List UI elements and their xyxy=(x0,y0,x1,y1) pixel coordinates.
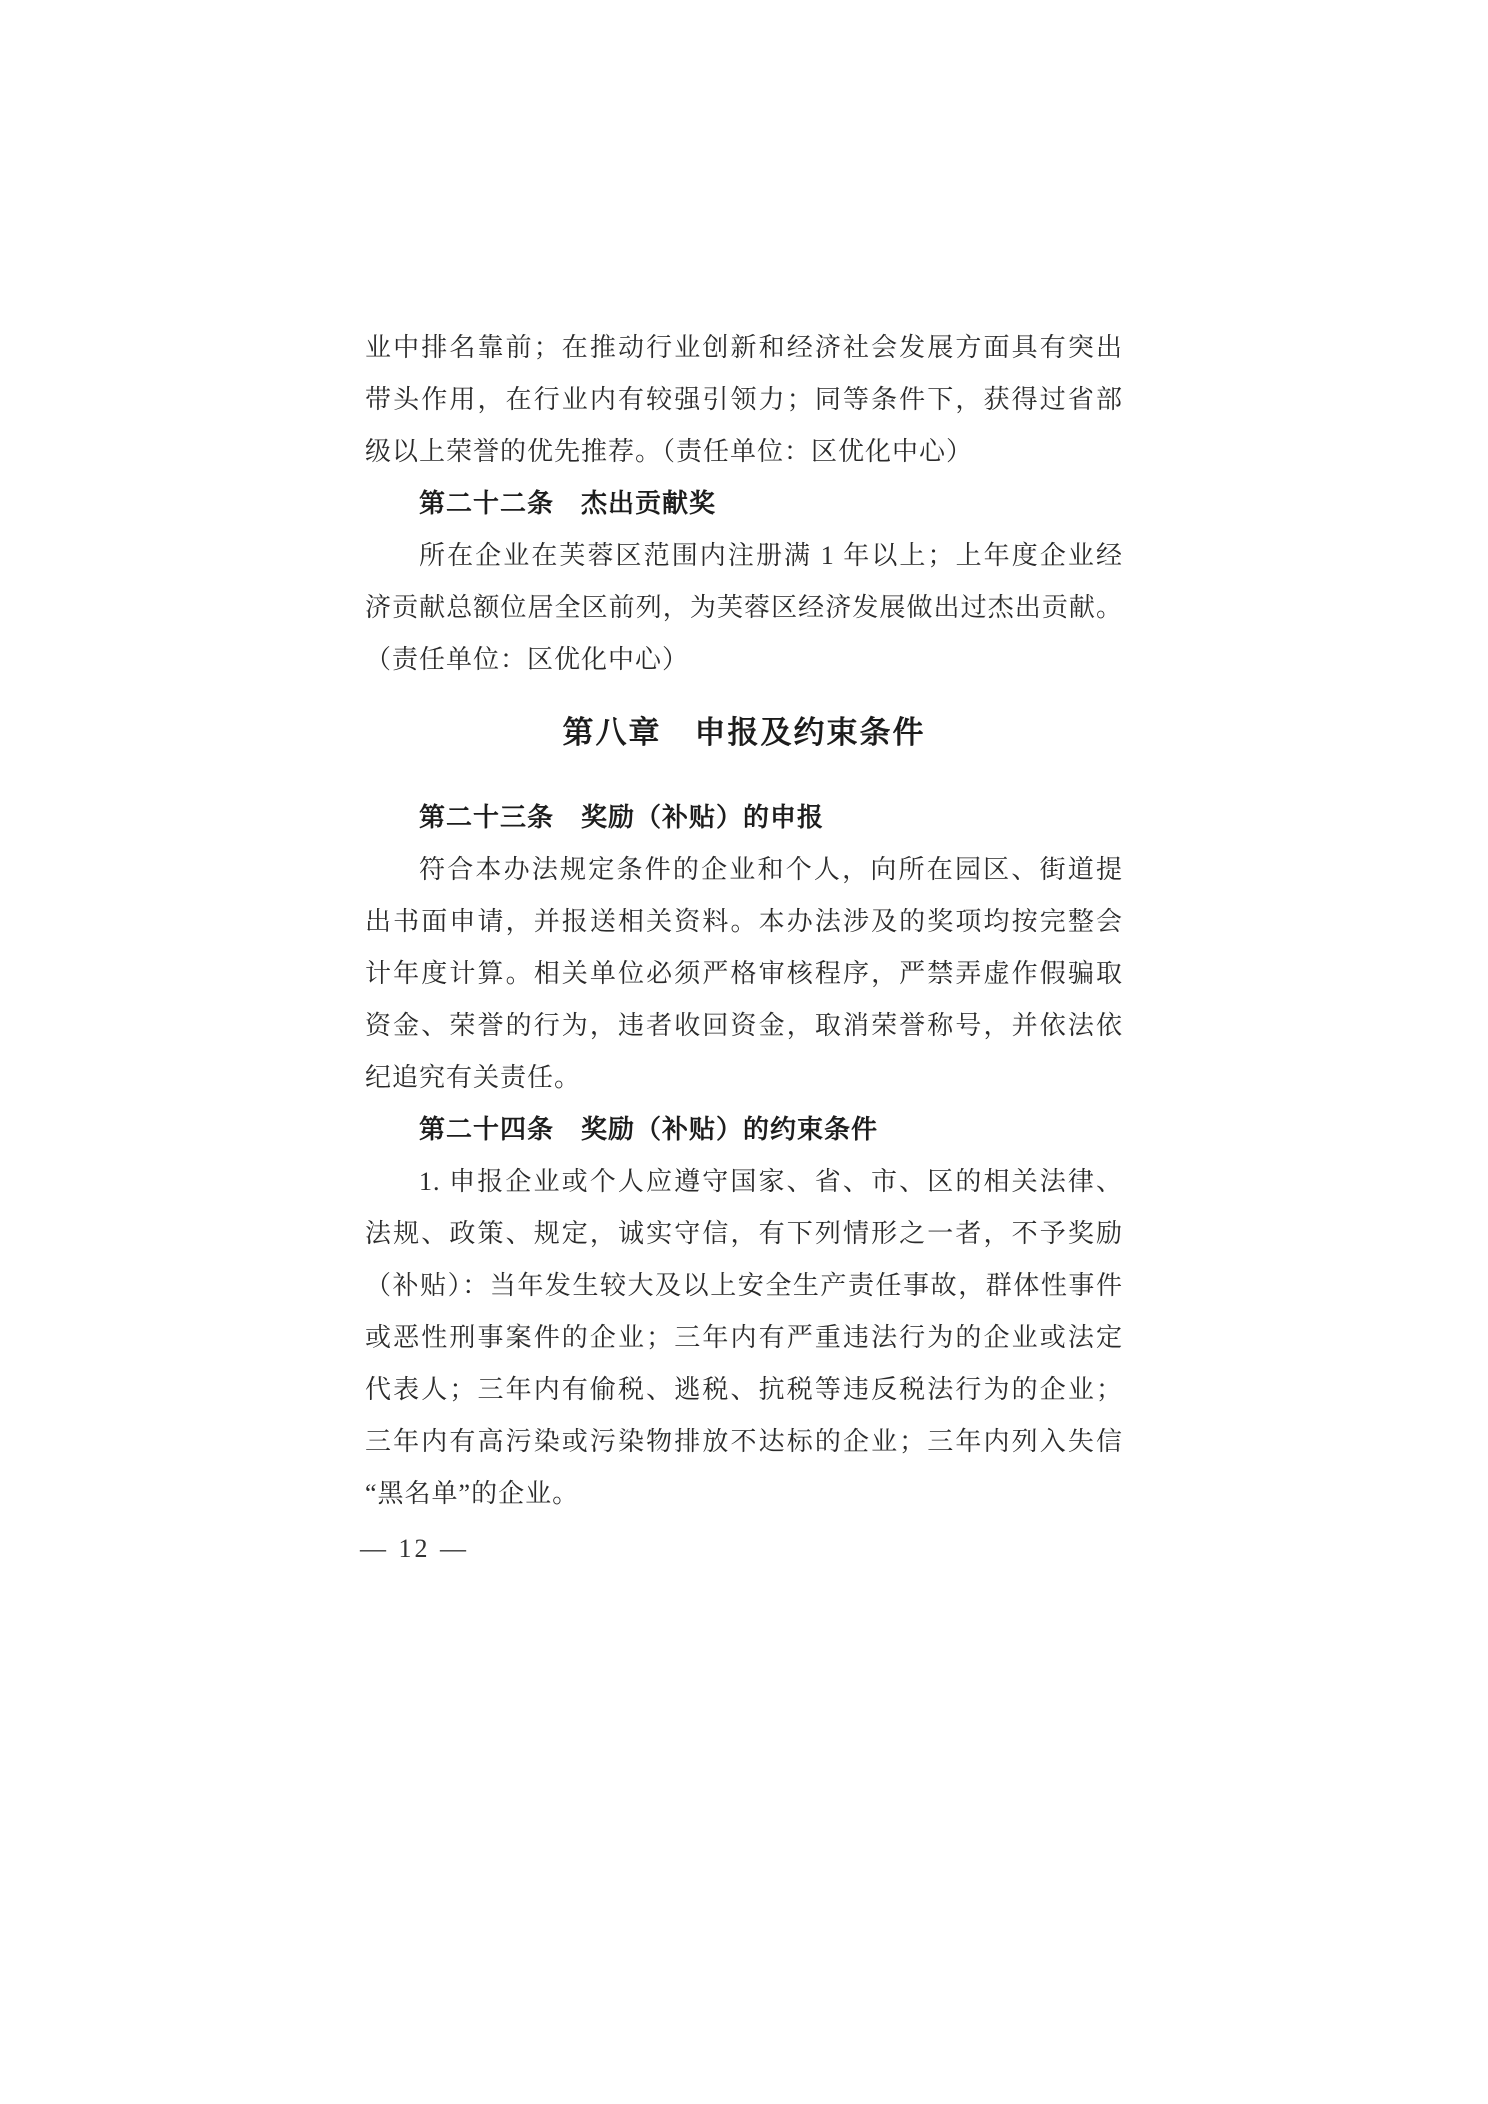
body-text-line: 所在企业在芙蓉区范围内注册满 1 年以上；上年度企业经 xyxy=(365,530,1123,582)
body-text-line: 纪追究有关责任。 xyxy=(365,1052,1123,1104)
body-text-line: 或恶性刑事案件的企业；三年内有严重违法行为的企业或法定 xyxy=(365,1312,1123,1364)
body-text-line: （责任单位：区优化中心） xyxy=(365,634,1123,686)
body-text-line: 符合本办法规定条件的企业和个人，向所在园区、街道提 xyxy=(365,844,1123,896)
body-text-line: 法规、政策、规定，诚实守信，有下列情形之一者，不予奖励 xyxy=(365,1208,1123,1260)
article-heading: 第二十二条 杰出贡献奖 xyxy=(365,478,1123,530)
body-text-line: 1. 申报企业或个人应遵守国家、省、市、区的相关法律、 xyxy=(365,1156,1123,1208)
body-text-line: 出书面申请，并报送相关资料。本办法涉及的奖项均按完整会 xyxy=(365,896,1123,948)
body-text-line: 代表人；三年内有偷税、逃税、抗税等违反税法行为的企业； xyxy=(365,1364,1123,1416)
document-body: 业中排名靠前；在推动行业创新和经济社会发展方面具有突出带头作用，在行业内有较强引… xyxy=(365,322,1123,1520)
body-text-line: 资金、荣誉的行为，违者收回资金，取消荣誉称号，并依法依 xyxy=(365,1000,1123,1052)
body-text-line: 计年度计算。相关单位必须严格审核程序，严禁弄虚作假骗取 xyxy=(365,948,1123,1000)
body-text-line: 三年内有高污染或污染物排放不达标的企业；三年内列入失信 xyxy=(365,1416,1123,1468)
document-page: 业中排名靠前；在推动行业创新和经济社会发展方面具有突出带头作用，在行业内有较强引… xyxy=(0,0,1488,2104)
body-text-line: 业中排名靠前；在推动行业创新和经济社会发展方面具有突出 xyxy=(365,322,1123,374)
body-text-line: 级以上荣誉的优先推荐。（责任单位：区优化中心） xyxy=(365,426,1123,478)
chapter-heading: 第八章 申报及约束条件 xyxy=(365,698,1123,768)
article-heading: 第二十三条 奖励（补贴）的申报 xyxy=(365,792,1123,844)
article-heading: 第二十四条 奖励（补贴）的约束条件 xyxy=(365,1104,1123,1156)
body-text-line: 带头作用，在行业内有较强引领力；同等条件下，获得过省部 xyxy=(365,374,1123,426)
page-number: — 12 — xyxy=(360,1534,469,1564)
body-text-line: “黑名单”的企业。 xyxy=(365,1468,1123,1520)
body-text-line: （补贴）：当年发生较大及以上安全生产责任事故，群体性事件 xyxy=(365,1260,1123,1312)
body-text-line: 济贡献总额位居全区前列，为芙蓉区经济发展做出过杰出贡献。 xyxy=(365,582,1123,634)
